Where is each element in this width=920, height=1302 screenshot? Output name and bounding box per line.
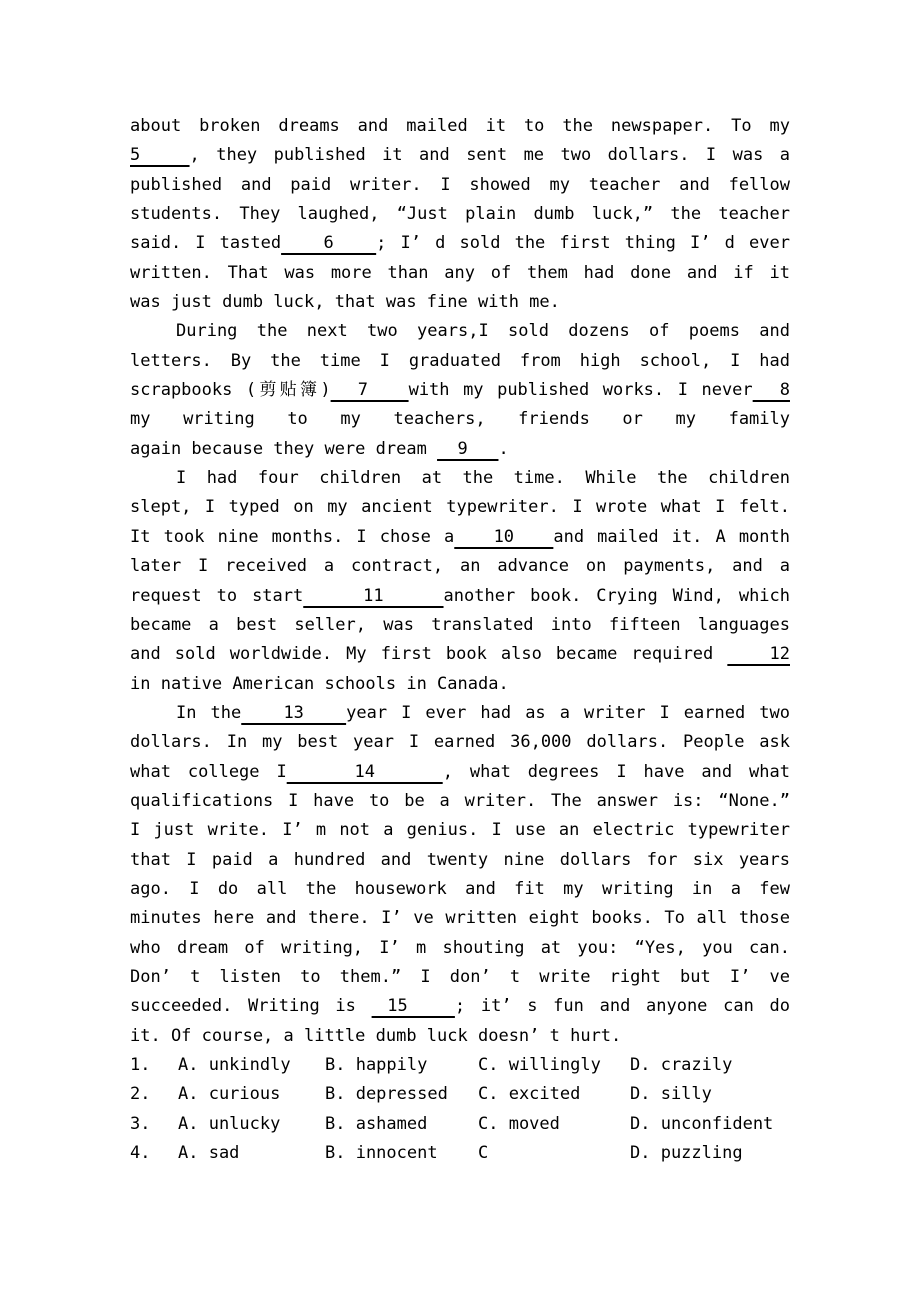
passage-line: said. I tasted 6 ; I’ d sold the first t… bbox=[130, 229, 790, 258]
passage-text: It took nine months. I chose a bbox=[130, 527, 454, 547]
question-row: 1.A. unkindlyB. happilyC. willinglyD. cr… bbox=[130, 1051, 790, 1080]
passage-text: became a best seller, was translated int… bbox=[130, 615, 790, 635]
cloze-blank: 8 bbox=[753, 380, 790, 400]
passage-text: scrapbooks (剪贴簿) bbox=[130, 380, 331, 400]
passage-text: and sold worldwide. My first book also b… bbox=[130, 644, 727, 664]
passage-text: . bbox=[498, 439, 508, 459]
passage-text: with my published works. I never bbox=[409, 380, 753, 400]
question-number: 1. bbox=[130, 1051, 178, 1080]
passage-line: minutes here and there. I’ ve written ei… bbox=[130, 904, 790, 933]
option-b: B. happily bbox=[325, 1051, 478, 1080]
passage-line: 5 , they published it and sent me two do… bbox=[130, 141, 790, 170]
passage-line: it. Of course, a little dumb luck doesn’… bbox=[130, 1022, 790, 1051]
cloze-blank: 11 bbox=[303, 586, 443, 606]
option-b: B. depressed bbox=[325, 1080, 478, 1109]
passage-line: written. That was more than any of them … bbox=[130, 259, 790, 288]
passage-line: scrapbooks (剪贴簿) 7 with my published wor… bbox=[130, 376, 790, 405]
passage: about broken dreams and mailed it to the… bbox=[130, 112, 790, 1051]
option-d: D. unconfident bbox=[630, 1110, 790, 1139]
option-a: A. unlucky bbox=[178, 1110, 325, 1139]
passage-text: In the bbox=[176, 703, 241, 723]
passage-line: again because they were dream 9 . bbox=[130, 435, 790, 464]
passage-text: in native American schools in Canada. bbox=[130, 674, 509, 694]
question-number: 3. bbox=[130, 1110, 178, 1139]
passage-text: students. They laughed, “Just plain dumb… bbox=[130, 204, 790, 224]
passage-text: later I received a contract, an advance … bbox=[130, 556, 790, 576]
questions: 1.A. unkindlyB. happilyC. willinglyD. cr… bbox=[130, 1051, 790, 1168]
passage-line: that I paid a hundred and twenty nine do… bbox=[130, 846, 790, 875]
passage-text: published and paid writer. I showed my t… bbox=[130, 175, 790, 195]
question-row: 2.A. curiousB. depressedC. excitedD. sil… bbox=[130, 1080, 790, 1109]
option-a: A. unkindly bbox=[178, 1051, 325, 1080]
passage-text: that I paid a hundred and twenty nine do… bbox=[130, 850, 790, 870]
passage-text: dollars. In my best year I earned 36,000… bbox=[130, 732, 790, 752]
cloze-blank: 15 bbox=[372, 996, 455, 1016]
passage-line: request to start 11 another book. Crying… bbox=[130, 582, 790, 611]
passage-text: another book. Crying Wind, which bbox=[444, 586, 790, 606]
option-c: C. excited bbox=[478, 1080, 630, 1109]
passage-text: succeeded. Writing is bbox=[130, 996, 372, 1016]
passage-text: request to start bbox=[130, 586, 303, 606]
passage-line: I just write. I’ m not a genius. I use a… bbox=[130, 816, 790, 845]
option-a: A. sad bbox=[178, 1139, 325, 1168]
option-d: D. silly bbox=[630, 1080, 790, 1109]
passage-text: ; it’ s fun and anyone can do bbox=[455, 996, 790, 1016]
cloze-blank: 7 bbox=[331, 380, 409, 400]
option-b: B. innocent bbox=[325, 1139, 478, 1168]
passage-text: my writing to my teachers, friends or my… bbox=[130, 409, 790, 429]
question-number: 4. bbox=[130, 1139, 178, 1168]
option-d: D. puzzling bbox=[630, 1139, 790, 1168]
passage-line: published and paid writer. I showed my t… bbox=[130, 171, 790, 200]
passage-text: ; I’ d sold the first thing I’ d ever bbox=[376, 233, 790, 253]
passage-text: and mailed it. A month bbox=[553, 527, 790, 547]
passage-line: and sold worldwide. My first book also b… bbox=[130, 640, 790, 669]
passage-text: , what degrees I have and what bbox=[443, 762, 790, 782]
passage-text: letters. By the time I graduated from hi… bbox=[130, 351, 790, 371]
passage-line: succeeded. Writing is 15 ; it’ s fun and… bbox=[130, 992, 790, 1021]
passage-line: students. They laughed, “Just plain dumb… bbox=[130, 200, 790, 229]
passage-text: minutes here and there. I’ ve written ei… bbox=[130, 908, 790, 928]
passage-text: was just dumb luck, that was fine with m… bbox=[130, 292, 560, 312]
passage-text: slept, I typed on my ancient typewriter.… bbox=[130, 497, 790, 517]
passage-line: became a best seller, was translated int… bbox=[130, 611, 790, 640]
cloze-blank: 5 bbox=[130, 145, 190, 165]
passage-text: Don’ t listen to them.” I don’ t write r… bbox=[130, 967, 790, 987]
option-d: D. crazily bbox=[630, 1051, 790, 1080]
cloze-blank: 13 bbox=[241, 703, 346, 723]
passage-line: about broken dreams and mailed it to the… bbox=[130, 112, 790, 141]
question-row: 3.A. unluckyB. ashamedC. movedD. unconfi… bbox=[130, 1110, 790, 1139]
option-b: B. ashamed bbox=[325, 1110, 478, 1139]
passage-line: It took nine months. I chose a 10 and ma… bbox=[130, 523, 790, 552]
cloze-blank: 12 bbox=[727, 644, 790, 664]
passage-line: who dream of writing, I’ m shouting at y… bbox=[130, 934, 790, 963]
cloze-blank: 9 bbox=[437, 439, 498, 459]
passage-text: , they published it and sent me two doll… bbox=[190, 145, 790, 165]
passage-text: what college I bbox=[130, 762, 287, 782]
passage-text: During the next two years,I sold dozens … bbox=[176, 321, 790, 341]
option-c: C. willingly bbox=[478, 1051, 630, 1080]
passage-line: was just dumb luck, that was fine with m… bbox=[130, 288, 790, 317]
passage-line: what college I 14 , what degrees I have … bbox=[130, 758, 790, 787]
document-page: about broken dreams and mailed it to the… bbox=[0, 0, 920, 1302]
cloze-blank: 6 bbox=[281, 233, 376, 253]
passage-line: ago. I do all the housework and fit my w… bbox=[130, 875, 790, 904]
passage-text: it. Of course, a little dumb luck doesn’… bbox=[130, 1026, 621, 1046]
question-number: 2. bbox=[130, 1080, 178, 1109]
passage-text: said. I tasted bbox=[130, 233, 281, 253]
passage-text: written. That was more than any of them … bbox=[130, 263, 790, 283]
option-c: C bbox=[478, 1139, 630, 1168]
passage-line: I had four children at the time. While t… bbox=[130, 464, 790, 493]
passage-line: qualifications I have to be a writer. Th… bbox=[130, 787, 790, 816]
passage-line: later I received a contract, an advance … bbox=[130, 552, 790, 581]
passage-line: During the next two years,I sold dozens … bbox=[130, 317, 790, 346]
passage-line: in native American schools in Canada. bbox=[130, 670, 790, 699]
passage-text: I just write. I’ m not a genius. I use a… bbox=[130, 820, 790, 840]
passage-text: I had four children at the time. While t… bbox=[176, 468, 790, 488]
option-a: A. curious bbox=[178, 1080, 325, 1109]
document-content: about broken dreams and mailed it to the… bbox=[130, 112, 790, 1168]
question-row: 4.A. sadB. innocentCD. puzzling bbox=[130, 1139, 790, 1168]
passage-text: year I ever had as a writer I earned two bbox=[346, 703, 790, 723]
passage-line: dollars. In my best year I earned 36,000… bbox=[130, 728, 790, 757]
passage-text: qualifications I have to be a writer. Th… bbox=[130, 791, 790, 811]
option-c: C. moved bbox=[478, 1110, 630, 1139]
cloze-blank: 14 bbox=[287, 762, 443, 782]
passage-line: slept, I typed on my ancient typewriter.… bbox=[130, 493, 790, 522]
passage-text: who dream of writing, I’ m shouting at y… bbox=[130, 938, 790, 958]
passage-text: ago. I do all the housework and fit my w… bbox=[130, 879, 790, 899]
cloze-blank: 10 bbox=[454, 527, 553, 547]
passage-text: again because they were dream bbox=[130, 439, 437, 459]
passage-line: In the 13 year I ever had as a writer I … bbox=[130, 699, 790, 728]
passage-line: letters. By the time I graduated from hi… bbox=[130, 347, 790, 376]
passage-text: about broken dreams and mailed it to the… bbox=[130, 116, 790, 136]
passage-line: my writing to my teachers, friends or my… bbox=[130, 405, 790, 434]
passage-line: Don’ t listen to them.” I don’ t write r… bbox=[130, 963, 790, 992]
